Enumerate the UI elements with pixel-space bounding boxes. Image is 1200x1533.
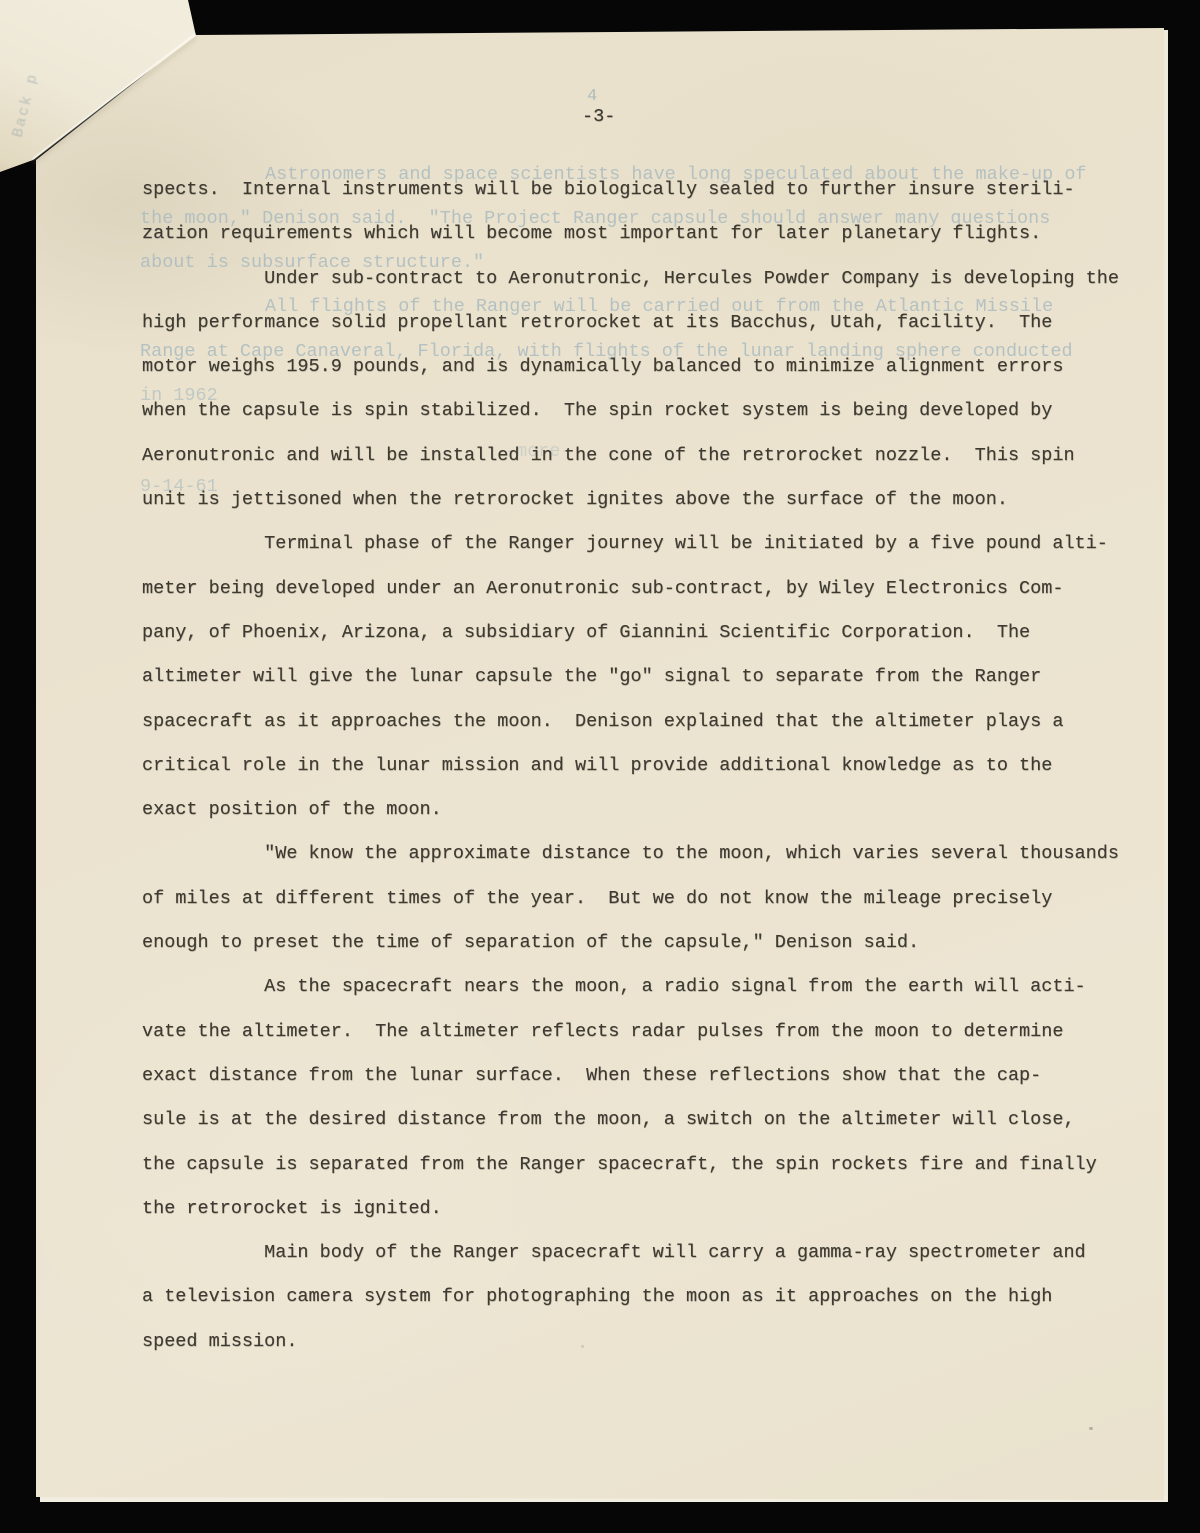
page-sheet: Astronomers and space scientists have lo… xyxy=(36,28,1164,1500)
page-number: -3- xyxy=(582,108,615,127)
scanned-document: Astronomers and space scientists have lo… xyxy=(0,0,1200,1533)
ghost-page-number: 4 xyxy=(587,88,597,105)
paper-speck xyxy=(1089,1427,1093,1430)
body-text: spects. Internal instruments will be bio… xyxy=(142,168,1119,1364)
paper-speck xyxy=(581,1345,584,1348)
